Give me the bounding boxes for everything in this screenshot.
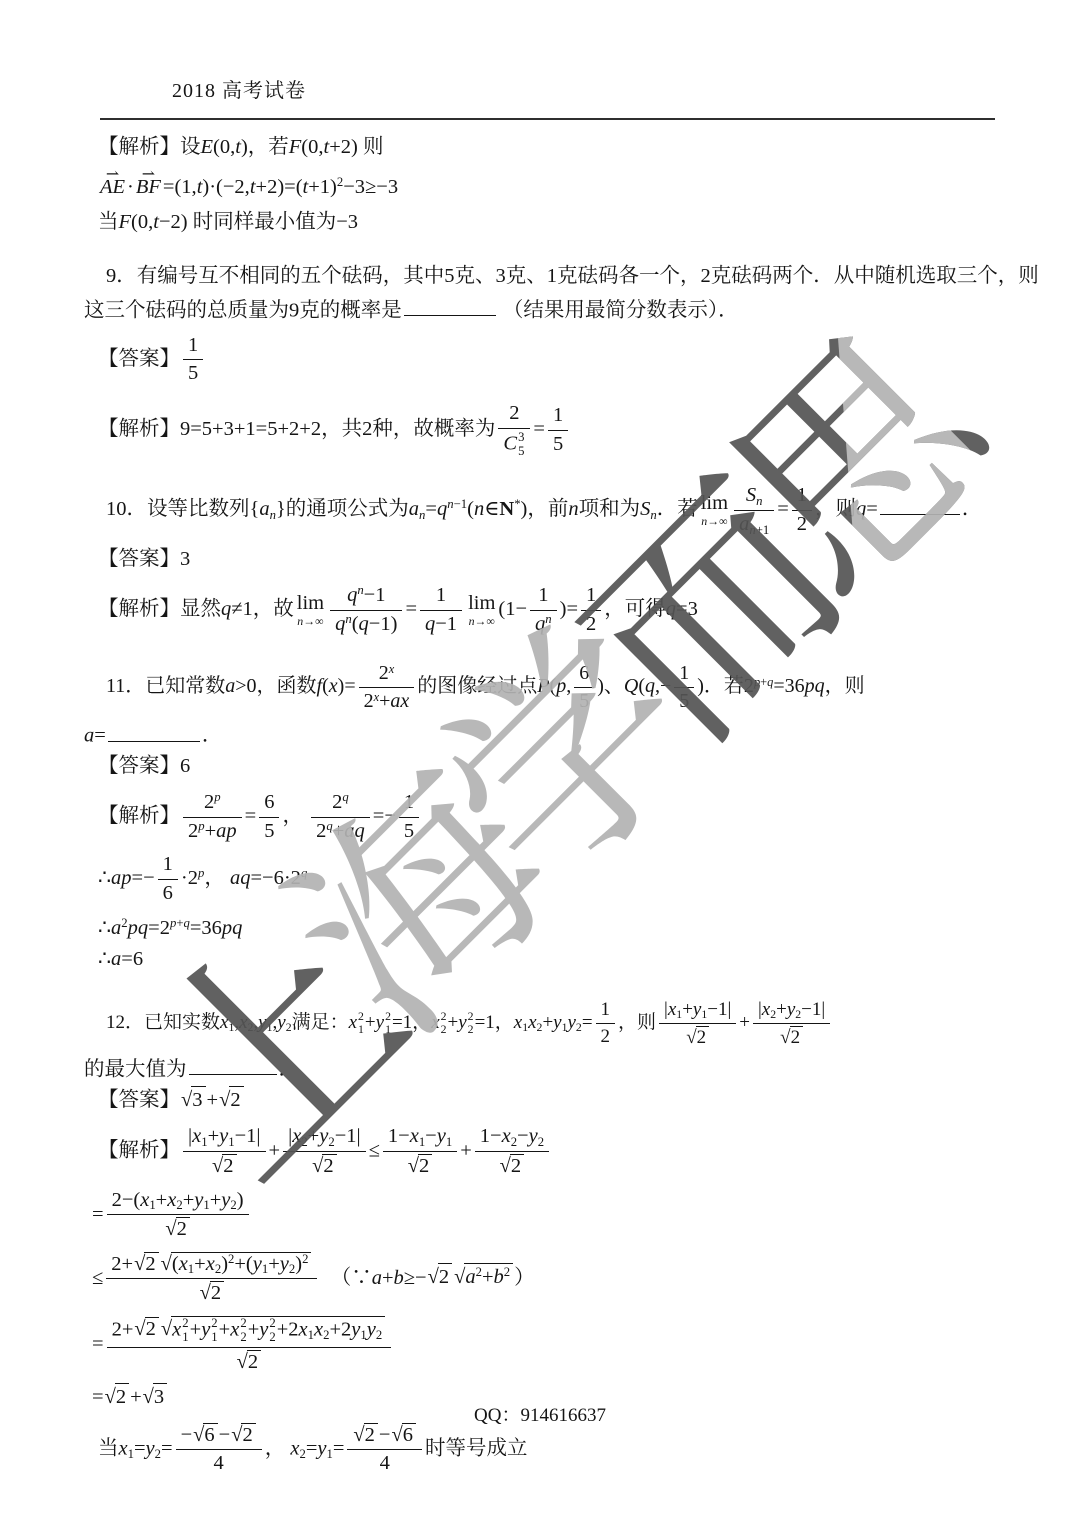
limit-under: n→∞	[297, 616, 323, 628]
text-run: +2	[277, 1318, 299, 1340]
superscript: p	[198, 819, 204, 833]
text-run: )、	[597, 676, 624, 698]
fraction-numerator: 2p	[183, 790, 242, 818]
fraction-numerator: 2−(x1+x2+y1+y2)	[107, 1188, 249, 1216]
text-run: )．若2	[697, 676, 754, 698]
superscript: q	[301, 866, 307, 880]
text-run: =	[333, 1437, 345, 1459]
fraction-numerator: 1	[158, 852, 178, 880]
fraction: 2x2x+ax	[359, 661, 415, 714]
q12-solution-line6: 当x1=y2=−√6−√24， x2=y1=√2−√64时等号成立	[84, 1422, 1024, 1477]
math-variable: q	[347, 584, 357, 606]
text-run: 1	[419, 1135, 425, 1149]
text-run: +	[682, 999, 693, 1020]
fraction-numerator: 2q	[311, 790, 370, 818]
math-variable: a	[372, 1266, 382, 1288]
math-variable: n	[357, 583, 363, 597]
fraction-numerator: |x1+y1−1|	[183, 1124, 266, 1152]
fraction: 15	[399, 790, 419, 844]
blank-underline	[880, 494, 960, 516]
text-run: +	[482, 1266, 494, 1288]
math-variable: q	[342, 790, 348, 804]
text-run: 2+	[112, 1318, 134, 1340]
square-root: √6	[193, 1423, 218, 1448]
text-run: 6	[579, 662, 589, 684]
subscript: n+1	[749, 523, 769, 537]
text-run: =36	[190, 917, 222, 939]
superscript: n	[357, 583, 363, 597]
text-run: =	[582, 1012, 593, 1033]
math-variable: q	[425, 613, 435, 635]
text-run: (	[638, 676, 645, 698]
text-run: −	[517, 1125, 529, 1147]
subscript: 2	[511, 1135, 517, 1149]
radicand: 3	[191, 1086, 205, 1115]
subscript: 2	[176, 1198, 182, 1212]
q8-solution-line1: 【解析】设E(0,t)，若F(0,t+2) 则	[84, 134, 1024, 162]
subscript: 2	[576, 1021, 582, 1034]
subscript: 1	[326, 1447, 332, 1461]
square-root: √2	[212, 1154, 237, 1179]
text-run: +1)	[308, 176, 337, 198]
fraction-numerator: 1	[183, 333, 203, 361]
text-run: )	[237, 1189, 244, 1211]
sup-sub-stack: 21	[211, 1317, 217, 1345]
text-run: 2	[301, 1135, 307, 1149]
fraction-numerator: 1−x2−y2	[475, 1124, 549, 1152]
fraction: Snan+1	[734, 483, 774, 537]
text-run: 2	[770, 1008, 776, 1021]
math-variable: Q	[624, 676, 638, 698]
subscript: 2	[376, 1328, 382, 1342]
text-run: ，	[282, 805, 308, 827]
square-root: √3	[143, 1383, 168, 1412]
text-run: =	[92, 1333, 104, 1355]
radicand: 2	[247, 1350, 261, 1375]
q11-solution-line4: ∴a=6	[84, 946, 1024, 974]
square-root: √2	[237, 1350, 262, 1375]
text-run: 5	[553, 433, 563, 455]
text-run: +	[365, 1012, 376, 1033]
text-run: 1	[553, 404, 563, 426]
q12-solution-line4: =2+√2√x21+y21+x22+y22+2x1x2+2y1y2√2	[84, 1315, 1024, 1376]
fraction-denominator: 4	[347, 1450, 422, 1477]
text-run: (1−	[498, 598, 527, 620]
stack-superscript: 2	[182, 1317, 188, 1331]
math-variable: a	[409, 498, 419, 520]
math-variable: a	[84, 725, 94, 747]
math-variable: a	[739, 513, 749, 535]
math-variable: n	[419, 508, 425, 522]
fraction-numerator: |x2+y2−1|	[753, 998, 830, 1024]
math-variable: n	[545, 612, 551, 626]
text-run: 2	[328, 1135, 334, 1149]
text-run: 时等号成立	[425, 1437, 528, 1459]
text-run: （结果用最简分数表示）．	[498, 299, 739, 321]
fraction-numerator: 2+√2√x21+y21+x22+y22+2x1x2+2y1y2	[107, 1315, 392, 1348]
math-variable: y	[458, 1012, 466, 1033]
fraction-denominator: √2	[753, 1024, 830, 1050]
text-run: ·2	[181, 867, 198, 889]
stack-superscript: 2	[240, 1317, 246, 1331]
text-run: +	[308, 1125, 320, 1147]
text-run: )=	[338, 676, 356, 698]
text-run: (0,	[301, 136, 323, 158]
text-run: 2	[269, 1330, 275, 1344]
text-run: =	[134, 1437, 146, 1459]
math-variable: x	[431, 1012, 439, 1033]
text-run: +	[205, 820, 217, 842]
fraction: 2+√2√(x1+x2)2+(y1+y2)2√2	[106, 1251, 317, 1307]
fraction: 1−x1−y1√2	[383, 1124, 457, 1179]
text-run: 2	[289, 1262, 295, 1276]
text-run: =	[777, 498, 789, 520]
fraction-denominator: 5	[574, 688, 594, 714]
limit: limn→∞	[701, 493, 728, 527]
square-root: √2	[105, 1383, 130, 1412]
text-run: 2	[177, 1218, 187, 1240]
text-run: 2	[511, 1135, 517, 1149]
math-variable: p	[556, 676, 566, 698]
text-run: 6	[204, 1424, 214, 1446]
square-root: √2	[353, 1423, 378, 1448]
text-run: +	[333, 820, 345, 842]
fraction-numerator: qn−1	[330, 583, 402, 611]
text-run: }的通项公式为	[276, 498, 409, 520]
math-variable: x	[314, 1318, 323, 1340]
fraction: |x2+y2−1|√2	[283, 1124, 366, 1179]
text-run: =	[306, 1437, 318, 1459]
math-variable: x	[172, 1318, 181, 1340]
radicand: 2	[510, 1154, 524, 1179]
text-run: +	[542, 1012, 553, 1033]
fraction: 1qn	[530, 583, 557, 637]
radicand: 6	[402, 1423, 416, 1448]
text-run: 2	[230, 1198, 236, 1212]
text-run: ≥−	[404, 1266, 427, 1288]
text-run: 项和为	[579, 498, 641, 520]
fraction-denominator: 5	[183, 360, 203, 387]
text-run: −1	[454, 497, 468, 511]
text-run: 这三个砝码的总质量为9克的概率是	[84, 299, 402, 321]
math-variable: x	[239, 1012, 247, 1033]
fraction-denominator: 2	[581, 611, 601, 638]
math-variable: b	[494, 1266, 504, 1288]
stack-subscript: 2	[240, 1331, 246, 1345]
math-variable: n	[345, 612, 351, 626]
square-root: √2	[428, 1263, 453, 1292]
text-run: 2	[240, 1330, 246, 1344]
text-run: 5	[404, 820, 414, 842]
text-run: 1	[326, 1447, 332, 1461]
text-run: 2	[576, 1021, 582, 1034]
math-variable: y	[367, 1318, 376, 1340]
text-run: 【解析】	[98, 1140, 180, 1162]
text-run: 【答案】	[98, 348, 180, 370]
fraction: |x1+y1−1|√2	[659, 998, 736, 1050]
radicand: 2	[241, 1423, 255, 1448]
q11-solution-line2: ∴ap=−16·2p， aq=−6·2q	[84, 852, 1024, 906]
q8-solution-line3: 当F(0,t−2) 时同样最小值为−3	[84, 209, 1024, 237]
fraction: 65	[259, 790, 279, 844]
fraction-numerator: √2−√6	[347, 1422, 422, 1451]
text-run: =6	[121, 948, 143, 970]
fraction-denominator: q−1	[420, 611, 462, 638]
text-run: 6	[163, 882, 173, 904]
text-run: 2	[269, 1316, 275, 1330]
text-run: +	[208, 1125, 220, 1147]
subscript: 2	[538, 1135, 544, 1149]
text-run: 2	[791, 1027, 801, 1048]
text-run: 2	[697, 1027, 707, 1048]
square-root: √2	[780, 1026, 803, 1049]
math-variable: y	[259, 1318, 268, 1340]
fraction: √2−√64	[347, 1422, 422, 1477]
subscript: n	[419, 508, 425, 522]
text-run: 1	[211, 1330, 217, 1344]
subscript: 1	[228, 1135, 234, 1149]
fraction: 2−(x1+x2+y1+y2)√2	[107, 1188, 249, 1243]
math-variable: y	[567, 1012, 575, 1033]
sup-sub-stack: 22	[240, 1317, 246, 1345]
math-variable: x	[389, 662, 395, 676]
text-run: >0，函数	[235, 676, 316, 698]
fraction-numerator: |x2+y2−1|	[283, 1124, 366, 1152]
text-run: ，则	[815, 498, 856, 520]
text-run: →∞	[707, 514, 727, 528]
page-header-title: 2018 高考试卷	[172, 74, 306, 103]
math-variable: a	[259, 498, 269, 520]
text-run: 5	[188, 362, 198, 384]
text-run: 1−	[480, 1125, 502, 1147]
q9-solution: 【解析】9=5+3+1=5+2+2，共2种，故概率为2C35=15	[84, 401, 1024, 460]
text-run: 2	[468, 1023, 474, 1036]
radicand: 2	[115, 1383, 129, 1412]
text-run: =	[533, 418, 545, 440]
text-run: +	[194, 1253, 206, 1275]
fraction-denominator: 5	[674, 688, 694, 714]
q12-answer: 【答案】√3+√2	[84, 1086, 1024, 1115]
text-run: +	[776, 999, 787, 1020]
math-variable: x	[292, 1125, 301, 1147]
fraction-numerator: 1	[420, 583, 462, 611]
text-run: =	[405, 598, 417, 620]
text-run: 【解析】9=5+3+1=5+2+2，共2种，故概率为	[98, 418, 495, 440]
text-run: 当	[98, 1437, 119, 1459]
limit: limn→∞	[297, 593, 324, 627]
text-run: =3	[676, 598, 698, 620]
subscript: 1	[203, 1198, 209, 1212]
text-run: +	[207, 1089, 219, 1111]
text-run: 2	[358, 1010, 364, 1023]
superscript: p+q	[754, 675, 773, 689]
sup-sub-stack: 21	[358, 1011, 364, 1037]
square-root: √2	[500, 1154, 525, 1179]
math-variable: x	[514, 1012, 522, 1033]
subscript: 1	[308, 1328, 314, 1342]
text-run: =	[245, 805, 257, 827]
q11-answer: 【答案】6	[84, 753, 1024, 781]
text-run: 2	[248, 1351, 258, 1373]
fraction-denominator: 5	[259, 818, 279, 845]
stack-subscript: 1	[182, 1331, 188, 1345]
text-run: 2	[601, 1026, 611, 1047]
vector: AE	[98, 174, 127, 202]
stack-subscript: 1	[385, 1024, 391, 1037]
radicand: 2	[222, 1154, 236, 1179]
fraction-numerator: 1	[548, 403, 568, 431]
text-run: 5	[518, 444, 524, 458]
text-run: ，	[204, 867, 230, 889]
text-run: 【答案】	[98, 1089, 180, 1111]
text-run: 2	[211, 1282, 221, 1304]
text-run: 2	[242, 1424, 252, 1446]
text-run: 2	[476, 1265, 482, 1279]
fraction-denominator: 2q+aq	[311, 818, 370, 845]
square-root: √6	[391, 1423, 416, 1448]
fraction-numerator: 6	[259, 790, 279, 818]
radicand: 2	[418, 1154, 432, 1179]
subscript: 2	[323, 1328, 329, 1342]
square-root: √a2+b2	[454, 1263, 513, 1292]
fraction-denominator: an+1	[734, 511, 774, 538]
superscript: q	[342, 790, 348, 804]
subscript: 2	[299, 1447, 305, 1461]
text-run: 2	[188, 820, 198, 842]
subscript: 2	[215, 1262, 221, 1276]
text-run: =	[866, 498, 878, 520]
text-run: 1	[601, 999, 611, 1020]
text-run: +2	[329, 1318, 351, 1340]
radicand: (x1+x2)2+(y1+y2)2	[171, 1252, 312, 1277]
fraction-numerator: 1	[530, 583, 557, 611]
subscript: 1	[128, 1447, 134, 1461]
text-run: 1	[203, 1198, 209, 1212]
text-run: +(	[234, 1253, 252, 1275]
text-run: 6	[264, 791, 274, 813]
subscript: 1	[701, 1008, 707, 1021]
text-run: 2	[376, 1328, 382, 1342]
text-run: −1|	[235, 1125, 261, 1147]
text-run: +	[176, 916, 183, 930]
math-variable: y	[194, 1189, 203, 1211]
text-run: 2	[537, 1021, 543, 1034]
q12-solution-line1: 【解析】|x1+y1−1|√2+|x2+y2−1|√2≤1−x1−y1√2+1−…	[84, 1124, 1024, 1179]
math-variable: S	[640, 498, 650, 520]
math-variable: q	[767, 675, 773, 689]
superscript: x	[389, 662, 395, 676]
fraction-denominator: 6	[158, 880, 178, 907]
fraction-numerator: 1	[581, 583, 601, 611]
text-run: 1	[404, 791, 414, 813]
text-run: (0,	[131, 211, 153, 233]
superscript: *	[514, 497, 520, 511]
square-root: √2	[408, 1154, 433, 1179]
fraction-denominator: 2x+ax	[359, 688, 415, 714]
math-variable: q	[666, 598, 676, 620]
text-run: 2	[509, 402, 519, 424]
text-run: 9．有编号互不相同的五个砝码，其中5克、3克、1克砝码各一个，2克砝码两个．从中…	[106, 265, 1039, 287]
subscript: 1	[446, 1135, 452, 1149]
fraction-denominator: √2	[107, 1348, 392, 1376]
fraction-numerator: 6	[574, 661, 594, 688]
fraction-denominator: √2	[283, 1152, 366, 1180]
superscript: n	[345, 612, 351, 626]
subscript: 2	[537, 1021, 543, 1034]
text-run: (	[322, 676, 329, 698]
math-variable: x	[206, 1253, 215, 1275]
math-variable: x	[762, 999, 770, 1020]
text-run: 2	[228, 1252, 234, 1266]
text-run: −	[181, 1424, 193, 1446]
text-run: =−	[132, 867, 155, 889]
radicand: a2+b2	[464, 1263, 513, 1292]
q12-statement-line1: 12．已知实数x1,x2,y1,y2满足：x21+y21=1，x22+y22=1…	[84, 998, 1024, 1050]
fraction-numerator: 2	[498, 401, 530, 429]
text-run: 2	[441, 1023, 447, 1036]
text-run: )=	[560, 598, 578, 620]
text-run: 的图像经过点	[417, 676, 537, 698]
fraction-denominator: 2p+ap	[183, 818, 242, 845]
fraction: 12	[792, 483, 812, 537]
subscript: 1	[201, 1135, 207, 1149]
fraction-numerator: Sn	[734, 483, 774, 511]
exam-page: 2018 高考试卷 【解析】设E(0,t)，若F(0,t+2) 则AE·BF=(…	[0, 0, 1080, 1527]
text-run: =(1,	[163, 176, 197, 198]
math-variable: n	[270, 508, 276, 522]
stack-superscript: 2	[211, 1317, 217, 1331]
stack-subscript: 1	[358, 1024, 364, 1037]
text-run: ,−	[655, 676, 671, 698]
text-run: 2	[468, 1010, 474, 1023]
superscript: x	[374, 690, 380, 704]
math-variable: q	[221, 598, 231, 620]
math-variable: q	[184, 916, 190, 930]
text-run: 【解析】设	[98, 136, 201, 158]
text-run: 2	[795, 1008, 801, 1021]
subscript: 1	[562, 1021, 568, 1034]
text-run: 1	[308, 1328, 314, 1342]
subscript: 1	[262, 1262, 268, 1276]
fraction: 12	[596, 998, 616, 1049]
math-variable: ax	[390, 690, 409, 712]
superscript: 2	[302, 1252, 308, 1266]
math-variable: y	[319, 1125, 328, 1147]
text-run: =	[94, 725, 106, 747]
q8-solution-line2: AE·BF=(1,t)·(−2,t+2)=(t+1)2−3≥−3	[84, 174, 1024, 202]
text-run: ．	[279, 1058, 300, 1080]
sup-sub-stack: 22	[441, 1011, 447, 1037]
fraction-numerator: |x1+y1−1|	[659, 998, 736, 1024]
subscript: 2	[770, 1008, 776, 1021]
math-variable: P	[537, 676, 549, 698]
text-run: +	[130, 1386, 142, 1408]
q9-statement-line2: 这三个砝码的总质量为9克的概率是 （结果用最简分数表示）．	[84, 295, 1024, 325]
subscript: 1	[188, 1262, 194, 1276]
text-run: 2	[332, 791, 342, 813]
math-variable: x	[410, 1125, 419, 1147]
math-variable: a	[111, 917, 121, 939]
text-run: 2	[230, 1089, 240, 1111]
fraction-denominator: C35	[498, 429, 530, 460]
text-run: 当	[98, 211, 119, 233]
stack-superscript: 2	[269, 1317, 275, 1331]
text-run: (	[172, 1253, 179, 1275]
fraction-numerator: 1	[399, 790, 419, 818]
sup-sub-stack: 21	[182, 1317, 188, 1345]
math-variable: n	[474, 498, 484, 520]
text-run: 2	[364, 690, 374, 712]
